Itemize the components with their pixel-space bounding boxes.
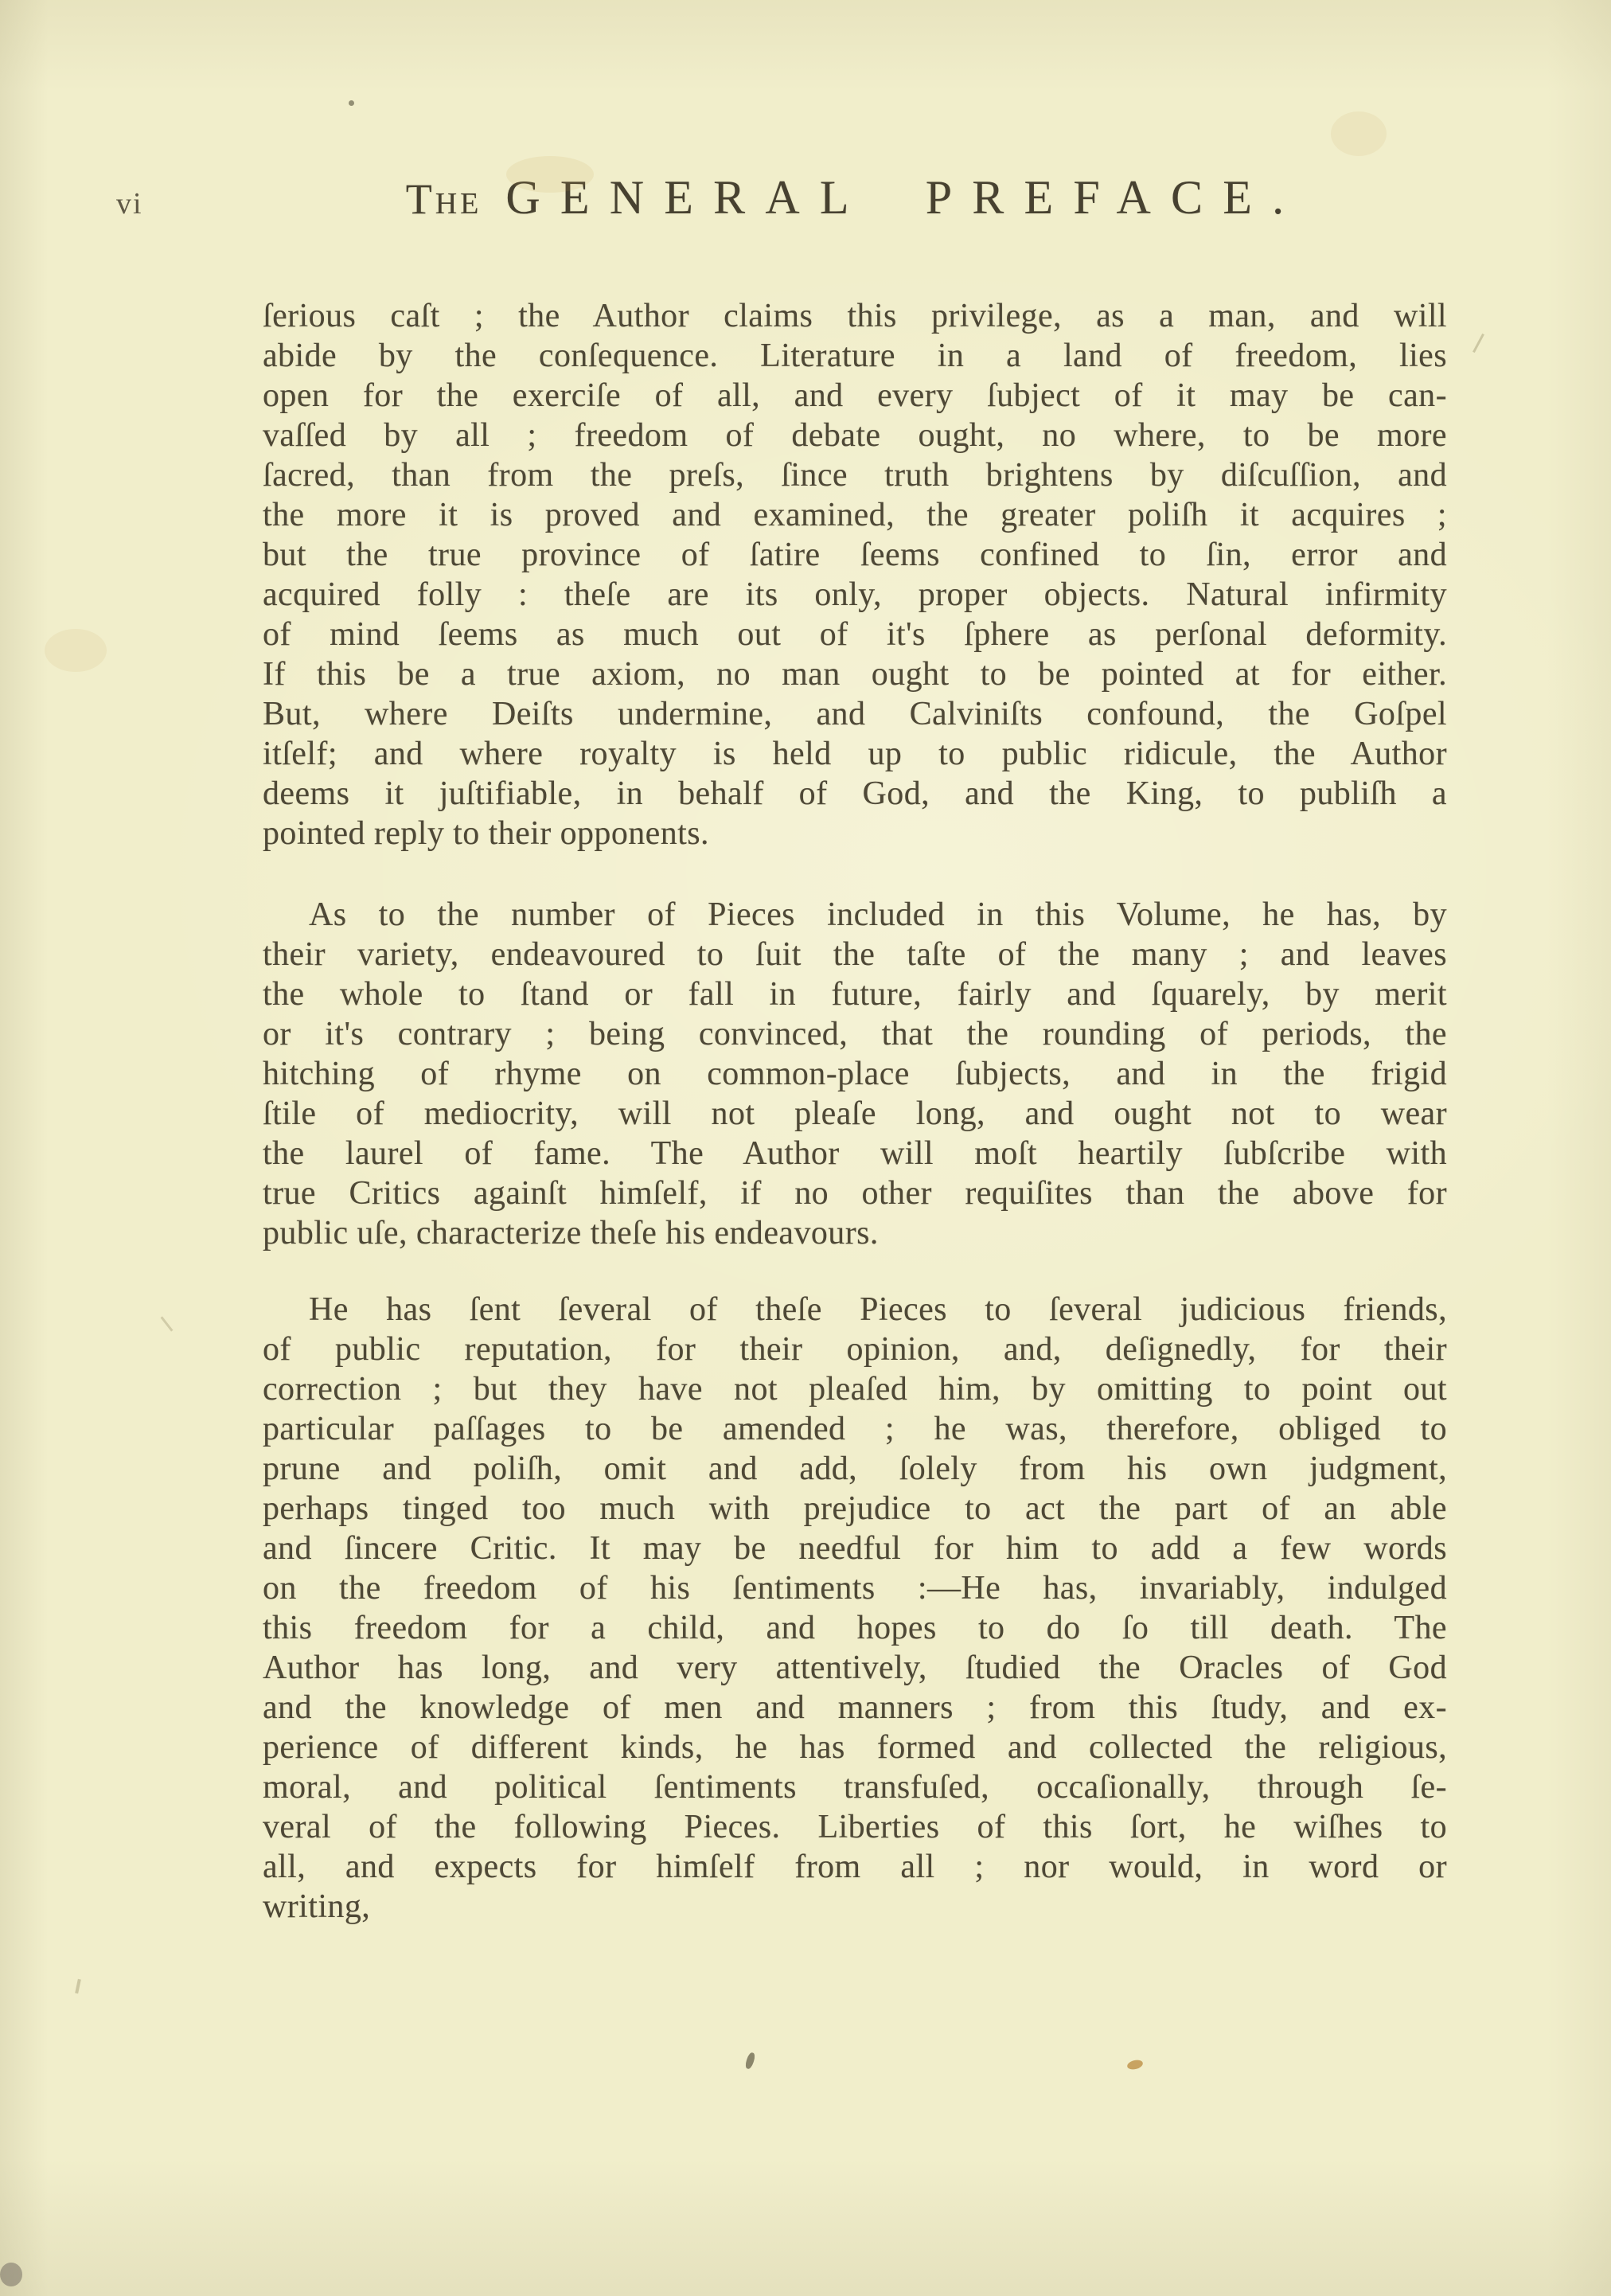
page-number: vi xyxy=(116,186,143,221)
text-line: but the true province of ſatire ſeems co… xyxy=(263,535,1447,575)
paragraph: As to the number of Pieces included in t… xyxy=(263,895,1447,1253)
text-line: prune and poliſh, omit and add, ſolely f… xyxy=(263,1449,1447,1489)
paragraph: He has ſent ſeveral of theſe Pieces to ſ… xyxy=(263,1290,1447,1887)
text-line: this freedom for a child, and hopes to d… xyxy=(263,1608,1447,1648)
text-line: ſtile of mediocrity, will not pleaſe lon… xyxy=(263,1094,1447,1134)
text-line: acquired folly : theſe are its only, pro… xyxy=(263,575,1447,615)
paper-fiber xyxy=(1473,334,1484,353)
text-line: particular paſſages to be amended ; he w… xyxy=(263,1409,1447,1449)
text-line: perhaps tinged too much with prejudice t… xyxy=(263,1489,1447,1529)
paper-speck xyxy=(744,2052,756,2070)
paper-fiber xyxy=(161,1316,174,1331)
text-line: deems it juſtifiable, in behalf of God, … xyxy=(263,774,1447,814)
text-line: perience of different kinds, he has form… xyxy=(263,1728,1447,1767)
text-line: vaſſed by all ; freedom of debate ought,… xyxy=(263,416,1447,455)
book-page-scan: vi TheGENERAL PREFACE. ſerious caſt ; th… xyxy=(0,0,1611,2296)
text-line: of mind ſeems as much out of it's ſphere… xyxy=(263,615,1447,654)
page-title-main: GENERAL PREFACE. xyxy=(505,171,1304,224)
catchword: writing, xyxy=(263,1887,1447,1927)
text-line: public uſe, characterize theſe his endea… xyxy=(263,1213,1447,1253)
text-line: the whole to ſtand or fall in future, fa… xyxy=(263,974,1447,1014)
text-line: abide by the conſequence. Literature in … xyxy=(263,336,1447,376)
text-line: As to the number of Pieces included in t… xyxy=(263,895,1447,935)
paragraph: ſerious caſt ; the Author claims this pr… xyxy=(263,296,1447,853)
text-line: ſacred, than from the preſs, ſince truth… xyxy=(263,455,1447,495)
text-line: or it's contrary ; being convinced, that… xyxy=(263,1014,1447,1054)
text-line: ſerious caſt ; the Author claims this pr… xyxy=(263,296,1447,336)
text-line: and the knowledge of men and manners ; f… xyxy=(263,1688,1447,1728)
paper-speck xyxy=(1126,2059,1144,2071)
text-line: He has ſent ſeveral of theſe Pieces to ſ… xyxy=(263,1290,1447,1330)
paper-speck xyxy=(0,2263,22,2286)
text-block: ſerious caſt ; the Author claims this pr… xyxy=(263,296,1447,1927)
text-line: itſelf; and where royalty is held up to … xyxy=(263,734,1447,774)
text-line: veral of the following Pieces. Liberties… xyxy=(263,1807,1447,1847)
text-line: and ſincere Critic. It may be needful fo… xyxy=(263,1529,1447,1568)
text-line: hitching of rhyme on common-place ſubjec… xyxy=(263,1054,1447,1094)
text-line: of public reputation, for their opinion,… xyxy=(263,1330,1447,1369)
page-title-article: The xyxy=(406,175,482,223)
text-line: open for the exerciſe of all, and every … xyxy=(263,376,1447,416)
text-line: If this be a true axiom, no man ought to… xyxy=(263,654,1447,694)
text-line: correction ; but they have not pleaſed h… xyxy=(263,1369,1447,1409)
paper-fiber xyxy=(75,1979,81,1993)
paper-stain xyxy=(45,629,107,672)
text-line: the laurel of fame. The Author will moſt… xyxy=(263,1134,1447,1173)
text-line: their variety, endeavoured to ſuit the t… xyxy=(263,935,1447,974)
text-line: But, where Deiſts undermine, and Calvini… xyxy=(263,694,1447,734)
text-line: true Critics againſt himſelf, if no othe… xyxy=(263,1173,1447,1213)
running-header: vi TheGENERAL PREFACE. xyxy=(0,0,1611,263)
paragraphs-container: ſerious caſt ; the Author claims this pr… xyxy=(263,296,1447,1887)
text-line: moral, and political ſentiments transfuſ… xyxy=(263,1767,1447,1807)
text-line: pointed reply to their opponents. xyxy=(263,814,1447,853)
text-line: Author has long, and very attentively, ſ… xyxy=(263,1648,1447,1688)
text-line: on the freedom of his ſentiments :—He ha… xyxy=(263,1568,1447,1608)
text-line: the more it is proved and examined, the … xyxy=(263,495,1447,535)
text-line: all, and expects for himſelf from all ; … xyxy=(263,1847,1447,1887)
page-title: TheGENERAL PREFACE. xyxy=(263,170,1447,225)
